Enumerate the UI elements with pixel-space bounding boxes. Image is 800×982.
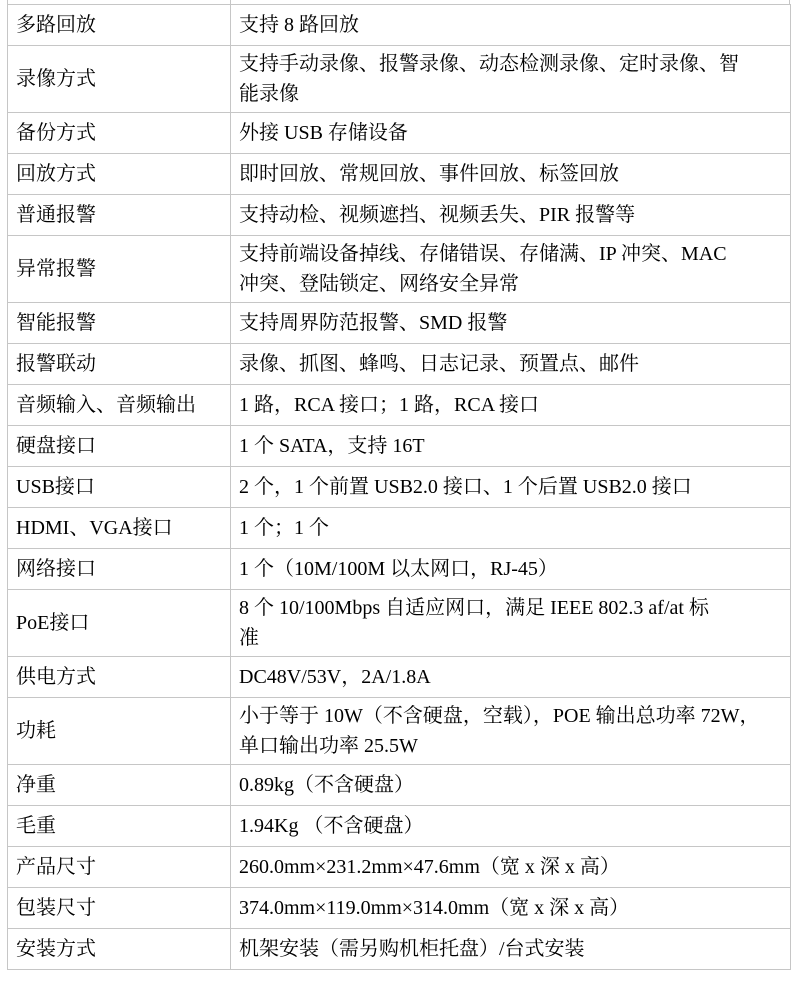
table-row: 回放方式 即时回放、常规回放、事件回放、标签回放: [8, 154, 791, 195]
spec-value: 1 个 SATA，支持 16T: [231, 426, 791, 467]
column-divider: [230, 0, 231, 4]
spec-value: 支持动检、视频遮挡、视频丢失、PIR 报警等: [231, 195, 791, 236]
spec-value: 机架安装（需另购机柜托盘）/台式安装: [231, 929, 791, 970]
spec-label: PoE接口: [8, 590, 231, 657]
spec-value: 8 个 10/100Mbps 自适应网口，满足 IEEE 802.3 af/at…: [231, 590, 791, 657]
spec-value: 1 个；1 个: [231, 508, 791, 549]
table-row: 异常报警 支持前端设备掉线、存储错误、存储满、IP 冲突、MAC 冲突、登陆锁定…: [8, 236, 791, 303]
table-row: USB接口 2 个，1 个前置 USB2.0 接口、1 个后置 USB2.0 接…: [8, 467, 791, 508]
table-row: 网络接口 1 个（10M/100M 以太网口，RJ-45）: [8, 549, 791, 590]
spec-label: 录像方式: [8, 46, 231, 113]
spec-value: 1.94Kg （不含硬盘）: [231, 806, 791, 847]
spec-label: 回放方式: [8, 154, 231, 195]
spec-label: 硬盘接口: [8, 426, 231, 467]
spec-value: 支持前端设备掉线、存储错误、存储满、IP 冲突、MAC 冲突、登陆锁定、网络安全…: [231, 236, 791, 303]
spec-value: 录像、抓图、蜂鸣、日志记录、预置点、邮件: [231, 344, 791, 385]
spec-label: 产品尺寸: [8, 847, 231, 888]
table-row: 智能报警 支持周界防范报警、SMD 报警: [8, 303, 791, 344]
spec-value: 支持 8 路回放: [231, 5, 791, 46]
table-row: 硬盘接口 1 个 SATA，支持 16T: [8, 426, 791, 467]
table-row: 毛重 1.94Kg （不含硬盘）: [8, 806, 791, 847]
spec-label: 普通报警: [8, 195, 231, 236]
spec-value: 260.0mm×231.2mm×47.6mm（宽 x 深 x 高）: [231, 847, 791, 888]
table-row: 供电方式 DC48V/53V，2A/1.8A: [8, 657, 791, 698]
spec-sheet: 多路回放 支持 8 路回放 录像方式 支持手动录像、报警录像、动态检测录像、定时…: [7, 0, 790, 970]
table-row: 安装方式 机架安装（需另购机柜托盘）/台式安装: [8, 929, 791, 970]
spec-value: 小于等于 10W（不含硬盘，空载），POE 输出总功率 72W， 单口输出功率 …: [231, 698, 791, 765]
table-row: HDMI、VGA接口 1 个；1 个: [8, 508, 791, 549]
spec-label: 音频输入、音频输出: [8, 385, 231, 426]
table-row: 功耗 小于等于 10W（不含硬盘，空载），POE 输出总功率 72W， 单口输出…: [8, 698, 791, 765]
spec-value: 1 个（10M/100M 以太网口，RJ-45）: [231, 549, 791, 590]
spec-value: DC48V/53V，2A/1.8A: [231, 657, 791, 698]
spec-label: 供电方式: [8, 657, 231, 698]
spec-value: 支持周界防范报警、SMD 报警: [231, 303, 791, 344]
spec-value: 外接 USB 存储设备: [231, 113, 791, 154]
table-row: 普通报警 支持动检、视频遮挡、视频丢失、PIR 报警等: [8, 195, 791, 236]
spec-table: 多路回放 支持 8 路回放 录像方式 支持手动录像、报警录像、动态检测录像、定时…: [7, 4, 791, 970]
clipped-row-above: [7, 0, 790, 4]
table-row: 备份方式 外接 USB 存储设备: [8, 113, 791, 154]
spec-value: 1 路，RCA 接口；1 路，RCA 接口: [231, 385, 791, 426]
spec-value: 支持手动录像、报警录像、动态检测录像、定时录像、智 能录像: [231, 46, 791, 113]
spec-value: 2 个，1 个前置 USB2.0 接口、1 个后置 USB2.0 接口: [231, 467, 791, 508]
table-row: 包装尺寸 374.0mm×119.0mm×314.0mm（宽 x 深 x 高）: [8, 888, 791, 929]
spec-label: 报警联动: [8, 344, 231, 385]
spec-label: HDMI、VGA接口: [8, 508, 231, 549]
table-row: 净重 0.89kg（不含硬盘）: [8, 765, 791, 806]
spec-label: 异常报警: [8, 236, 231, 303]
table-row: 音频输入、音频输出 1 路，RCA 接口；1 路，RCA 接口: [8, 385, 791, 426]
spec-value: 0.89kg（不含硬盘）: [231, 765, 791, 806]
table-row: 报警联动 录像、抓图、蜂鸣、日志记录、预置点、邮件: [8, 344, 791, 385]
table-row: 录像方式 支持手动录像、报警录像、动态检测录像、定时录像、智 能录像: [8, 46, 791, 113]
table-row: PoE接口 8 个 10/100Mbps 自适应网口，满足 IEEE 802.3…: [8, 590, 791, 657]
spec-label: 功耗: [8, 698, 231, 765]
spec-label: 安装方式: [8, 929, 231, 970]
spec-label: 净重: [8, 765, 231, 806]
table-row: 多路回放 支持 8 路回放: [8, 5, 791, 46]
spec-label: USB接口: [8, 467, 231, 508]
spec-value: 374.0mm×119.0mm×314.0mm（宽 x 深 x 高）: [231, 888, 791, 929]
spec-label: 毛重: [8, 806, 231, 847]
spec-label: 备份方式: [8, 113, 231, 154]
spec-value: 即时回放、常规回放、事件回放、标签回放: [231, 154, 791, 195]
table-row: 产品尺寸 260.0mm×231.2mm×47.6mm（宽 x 深 x 高）: [8, 847, 791, 888]
spec-label: 包装尺寸: [8, 888, 231, 929]
spec-label: 智能报警: [8, 303, 231, 344]
spec-label: 网络接口: [8, 549, 231, 590]
spec-label: 多路回放: [8, 5, 231, 46]
